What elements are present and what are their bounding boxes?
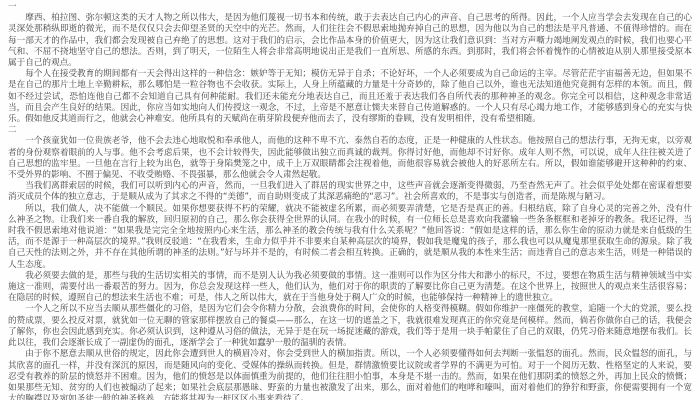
paragraph: 每个人在接受教育的期间都有一天会得出这样的一种信念：嫉妒等于无知；模仿无异于自杀… [8, 69, 692, 125]
paragraph: 我必须要去做的是，那些与我的生活切实相关的事情，而不是别人认为我必须要做的事情。… [8, 271, 692, 305]
paragraph: 一个人之所以不应当去顺从那些僵化的习俗，是因为它们会令你精力分散，会浪费你的时间… [8, 304, 692, 349]
paragraph: 所以，我们做人，决不能做一个顺民。如果你想要获得不朽的荣耀，就决不能被虚名所累，… [8, 204, 692, 271]
section-two: 二 一个孩童犹如一位贵族老爷，他不会去违心地取悦和奉承他人，而他的这种不卑不亢、… [8, 125, 692, 400]
paragraph: 当我们离群索居的时候，我们可以听到内心的声音，然而，一旦我们进入了群居的现实世界… [8, 181, 692, 203]
document-page: 一 摩西、柏拉图、弥尔顿这类的天才人物之所以伟大，是因为他们蔑视一切书本和传统，… [0, 0, 700, 400]
section-two-marker: 二 [8, 125, 692, 136]
section-one-marker: 一 [8, 2, 692, 13]
paragraph: 摩西、柏拉图、弥尔顿这类的天才人物之所以伟大，是因为他们蔑视一切书本和传统，敢于… [8, 13, 692, 69]
section-one: 一 摩西、柏拉图、弥尔顿这类的天才人物之所以伟大，是因为他们蔑视一切书本和传统，… [8, 2, 692, 125]
paragraph: 一个孩童犹如一位贵族老爷，他不会去违心地取悦和奉承他人，而他的这种不卑不亢、泰然… [8, 136, 692, 181]
paragraph: 由于你不愿意去顺从世俗的规定，因此你会遭到世人的横眉冷对，你会受到世人的横加指责… [8, 349, 692, 400]
